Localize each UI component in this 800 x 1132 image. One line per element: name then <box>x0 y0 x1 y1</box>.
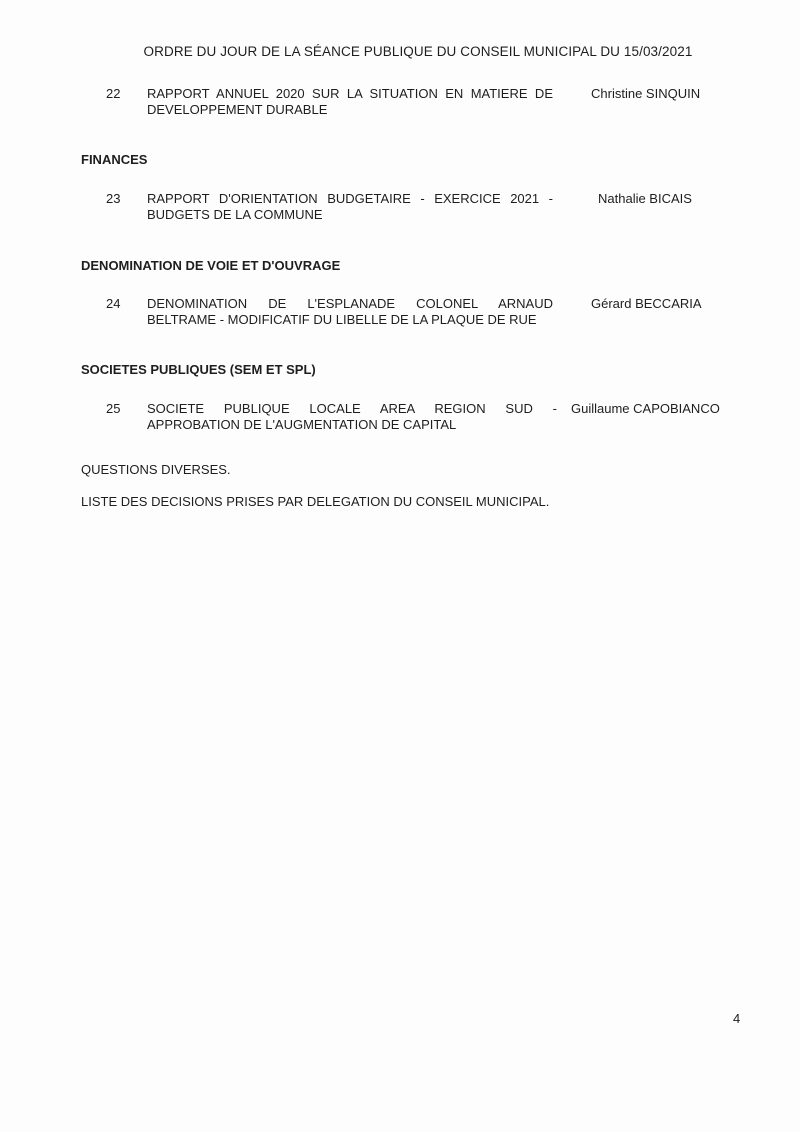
item-number: 22 <box>106 86 120 102</box>
liste-decisions: LISTE DES DECISIONS PRISES PAR DELEGATIO… <box>81 494 549 509</box>
item-description: SOCIETE PUBLIQUE LOCALE AREA REGION SUD … <box>147 401 557 433</box>
item-rapporteur: Guillaume CAPOBIANCO <box>571 401 720 417</box>
item-description: RAPPORT D'ORIENTATION BUDGETAIRE - EXERC… <box>147 191 553 223</box>
section-heading-denomination: DENOMINATION DE VOIE ET D'OUVRAGE <box>81 258 340 273</box>
agenda-title: ORDRE DU JOUR DE LA SÉANCE PUBLIQUE DU C… <box>144 44 693 59</box>
item-description: RAPPORT ANNUEL 2020 SUR LA SITUATION EN … <box>147 86 553 118</box>
section-heading-societes: SOCIETES PUBLIQUES (SEM ET SPL) <box>81 362 316 377</box>
item-number: 23 <box>106 191 120 207</box>
item-rapporteur: Nathalie BICAIS <box>598 191 692 207</box>
item-rapporteur: Gérard BECCARIA <box>591 296 702 312</box>
page-number: 4 <box>733 1011 740 1026</box>
questions-diverses: QUESTIONS DIVERSES. <box>81 462 231 477</box>
item-number: 25 <box>106 401 120 417</box>
item-number: 24 <box>106 296 120 312</box>
item-description: DENOMINATION DE L'ESPLANADE COLONEL ARNA… <box>147 296 553 328</box>
section-heading-finances: FINANCES <box>81 152 147 167</box>
page-header: ORDRE DU JOUR DE LA SÉANCE PUBLIQUE DU C… <box>0 44 800 59</box>
item-rapporteur: Christine SINQUIN <box>591 86 700 102</box>
